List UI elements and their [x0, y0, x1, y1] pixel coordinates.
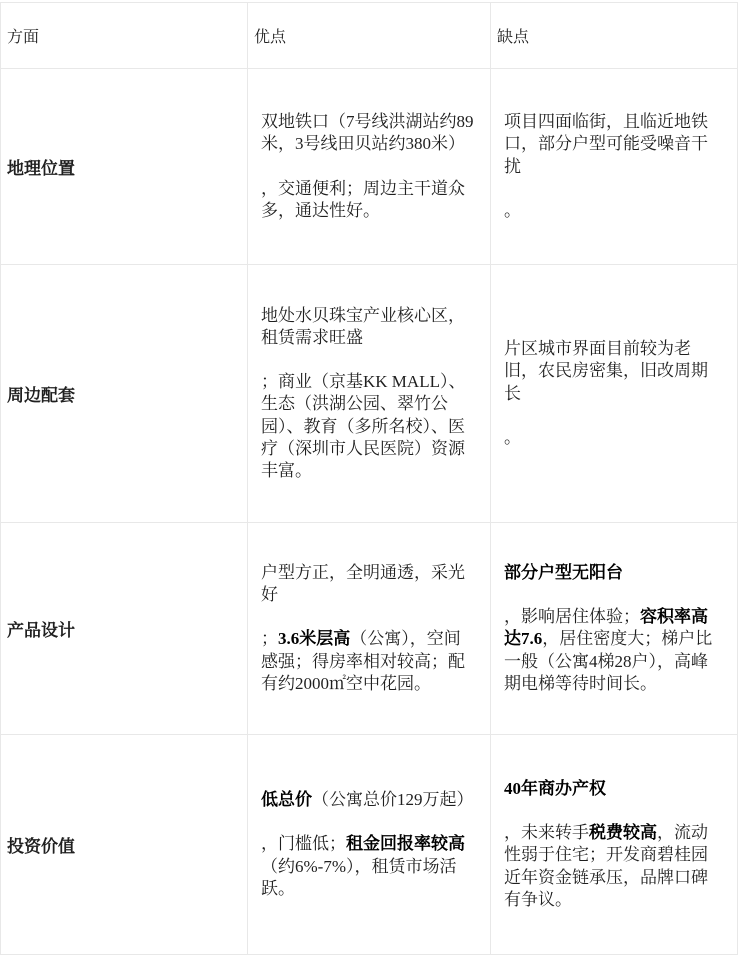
paragraph: ；3.6米层高（公寓），空间感强；得房率相对较高；配有约2000㎡空中花园。	[261, 628, 477, 694]
aspect-cell: 投资价值	[1, 735, 248, 955]
pros-cell: 双地铁口（7号线洪湖站约89米，3号线田贝站约380米），交通便利；周边主干道众…	[248, 69, 491, 265]
paragraph: 。	[504, 427, 724, 449]
text: ；商业（京基KK MALL）、生态（洪湖公园、翠竹公园）、教育（多所名校）、医疗…	[261, 372, 465, 479]
cons-cell: 40年商办产权，未来转手税费较高，流动性弱于住宅；开发商碧桂园近年资金链承压，品…	[491, 735, 738, 955]
paragraph: 片区城市界面目前较为老旧，农民房密集，旧改周期长	[504, 338, 724, 404]
bold-text: 税费较高	[589, 823, 657, 842]
aspect-cell: 周边配套	[1, 265, 248, 523]
text: 。	[504, 201, 521, 220]
text: ，交通便利；周边主干道众多，通达性好。	[261, 179, 465, 220]
text: ，未来转手	[504, 823, 589, 842]
aspect-cell: 产品设计	[1, 523, 248, 735]
table-header: 方面 优点 缺点	[1, 3, 738, 69]
paragraph: ，交通便利；周边主干道众多，通达性好。	[261, 178, 477, 222]
column-header-aspect: 方面	[1, 3, 248, 69]
paragraph: 低总价（公寓总价129万起）	[261, 789, 477, 811]
header-row: 方面 优点 缺点	[1, 3, 738, 69]
table-row: 周边配套地处水贝珠宝产业核心区，租赁需求旺盛；商业（京基KK MALL）、生态（…	[1, 265, 738, 523]
text: （公寓总价129万起）	[312, 790, 474, 809]
text: 。	[504, 428, 521, 447]
column-header-cons: 缺点	[491, 3, 738, 69]
text: 地处水贝珠宝产业核心区，租赁需求旺盛	[261, 306, 465, 347]
paragraph: 40年商办产权	[504, 778, 724, 800]
paragraph: ，影响居住体验；容积率高达7.6，居住密度大；梯户比一般（公寓4梯28户），高峰…	[504, 606, 724, 694]
paragraph: 部分户型无阳台	[504, 562, 724, 584]
bold-text: 40年商办产权	[504, 779, 606, 798]
text: ；	[261, 629, 278, 648]
cons-cell: 项目四面临街，且临近地铁口，部分户型可能受噪音干扰。	[491, 69, 738, 265]
pros-cell: 低总价（公寓总价129万起），门槛低；租金回报率较高（约6%-7%），租赁市场活…	[248, 735, 491, 955]
paragraph: ，门槛低；租金回报率较高（约6%-7%），租赁市场活跃。	[261, 833, 477, 899]
paragraph: ，未来转手税费较高，流动性弱于住宅；开发商碧桂园近年资金链承压，品牌口碑有争议。	[504, 822, 724, 910]
aspect-cell: 地理位置	[1, 69, 248, 265]
text: 项目四面临街，且临近地铁口，部分户型可能受噪音干扰	[504, 112, 708, 175]
bold-text: 租金回报率较高	[346, 834, 465, 853]
table-row: 投资价值低总价（公寓总价129万起），门槛低；租金回报率较高（约6%-7%），租…	[1, 735, 738, 955]
page: 方面 优点 缺点 地理位置双地铁口（7号线洪湖站约89米，3号线田贝站约380米…	[0, 0, 740, 955]
cons-cell: 片区城市界面目前较为老旧，农民房密集，旧改周期长。	[491, 265, 738, 523]
comparison-table: 方面 优点 缺点 地理位置双地铁口（7号线洪湖站约89米，3号线田贝站约380米…	[0, 2, 738, 955]
bold-text: 3.6米层高	[278, 629, 350, 648]
paragraph: 地处水贝珠宝产业核心区，租赁需求旺盛	[261, 305, 477, 349]
table-row: 地理位置双地铁口（7号线洪湖站约89米，3号线田贝站约380米），交通便利；周边…	[1, 69, 738, 265]
column-header-pros: 优点	[248, 3, 491, 69]
pros-cell: 户型方正，全明通透，采光好；3.6米层高（公寓），空间感强；得房率相对较高；配有…	[248, 523, 491, 735]
paragraph: 。	[504, 200, 724, 222]
text: 片区城市界面目前较为老旧，农民房密集，旧改周期长	[504, 339, 708, 402]
table-row: 产品设计户型方正，全明通透，采光好；3.6米层高（公寓），空间感强；得房率相对较…	[1, 523, 738, 735]
bold-text: 部分户型无阳台	[504, 563, 623, 582]
text: （约6%-7%），租赁市场活跃。	[261, 857, 456, 898]
paragraph: 双地铁口（7号线洪湖站约89米，3号线田贝站约380米）	[261, 111, 477, 155]
text: 户型方正，全明通透，采光好	[261, 563, 465, 604]
cons-cell: 部分户型无阳台，影响居住体验；容积率高达7.6，居住密度大；梯户比一般（公寓4梯…	[491, 523, 738, 735]
text: ，影响居住体验；	[504, 607, 640, 626]
text: ，门槛低；	[261, 834, 346, 853]
paragraph: ；商业（京基KK MALL）、生态（洪湖公园、翠竹公园）、教育（多所名校）、医疗…	[261, 371, 477, 481]
pros-cell: 地处水贝珠宝产业核心区，租赁需求旺盛；商业（京基KK MALL）、生态（洪湖公园…	[248, 265, 491, 523]
bold-text: 低总价	[261, 790, 312, 809]
table-body: 地理位置双地铁口（7号线洪湖站约89米，3号线田贝站约380米），交通便利；周边…	[1, 69, 738, 955]
paragraph: 户型方正，全明通透，采光好	[261, 562, 477, 606]
paragraph: 项目四面临街，且临近地铁口，部分户型可能受噪音干扰	[504, 111, 724, 177]
text: 双地铁口（7号线洪湖站约89米，3号线田贝站约380米）	[261, 112, 474, 153]
